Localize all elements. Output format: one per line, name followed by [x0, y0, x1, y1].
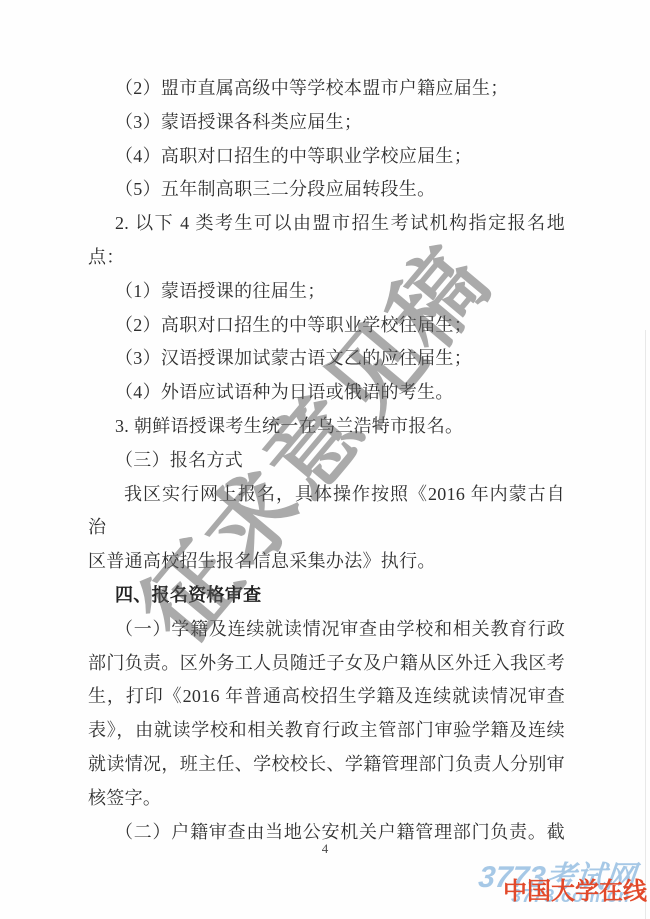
text-line: 点： — [88, 241, 565, 275]
document-body: （2）盟市直属高级中等学校本盟市户籍应届生；（3）蒙语授课各科类应届生；（4）高… — [88, 72, 565, 849]
text-line: 区普通高校招生报名信息采集办法》执行。 — [88, 545, 565, 579]
document-page: （2）盟市直属高级中等学校本盟市户籍应届生；（3）蒙语授课各科类应届生；（4）高… — [0, 0, 650, 919]
text-line: （一）学籍及连续就读情况审查由学校和相关教育行政 — [88, 613, 565, 647]
text-line: 生，打印《2016 年普通高校招生学籍及连续就读情况审查 — [88, 680, 565, 714]
text-line: （4）外语应试语种为日语或俄语的考生。 — [88, 376, 565, 410]
page-number: 4 — [0, 841, 650, 857]
site-slogan-watermark: 中国大学在线 — [503, 871, 647, 906]
text-line: 四、报名资格审查 — [88, 579, 565, 613]
text-line: （3）蒙语授课各科类应届生； — [88, 106, 565, 140]
text-line: 3. 朝鲜语授课考生统一在乌兰浩特市报名。 — [88, 410, 565, 444]
text-line: （5）五年制高职三二分段应届转段生。 — [88, 173, 565, 207]
text-line: （2）高职对口招生的中等职业学校往届生； — [88, 309, 565, 343]
text-line: （1）蒙语授课的往届生； — [88, 275, 565, 309]
text-line: （三）报名方式 — [88, 444, 565, 478]
text-line: （4）高职对口招生的中等职业学校应届生； — [88, 140, 565, 174]
text-line: 核签字。 — [88, 782, 565, 816]
site-domain-watermark: 3773.com.cn — [511, 886, 630, 907]
text-line: 表》，由就读学校和相关教育行政主管部门审验学籍及连续 — [88, 714, 565, 748]
text-line: 2. 以下 4 类考生可以由盟市招生考试机构指定报名地 — [88, 207, 565, 241]
text-line: 我区实行网上报名，具体操作按照《2016 年内蒙古自治 — [88, 478, 565, 546]
site-name-watermark: 3773考试网 — [477, 852, 638, 896]
text-line: 就读情况，班主任、学校校长、学籍管理部门负责人分别审 — [88, 748, 565, 782]
text-line: （3）汉语授课加试蒙古语文乙的应往届生； — [88, 342, 565, 376]
scan-edge-line — [645, 330, 646, 919]
text-line: （2）盟市直属高级中等学校本盟市户籍应届生； — [88, 72, 565, 106]
text-line: 部门负责。区外务工人员随迁子女及户籍从区外迁入我区考 — [88, 647, 565, 681]
